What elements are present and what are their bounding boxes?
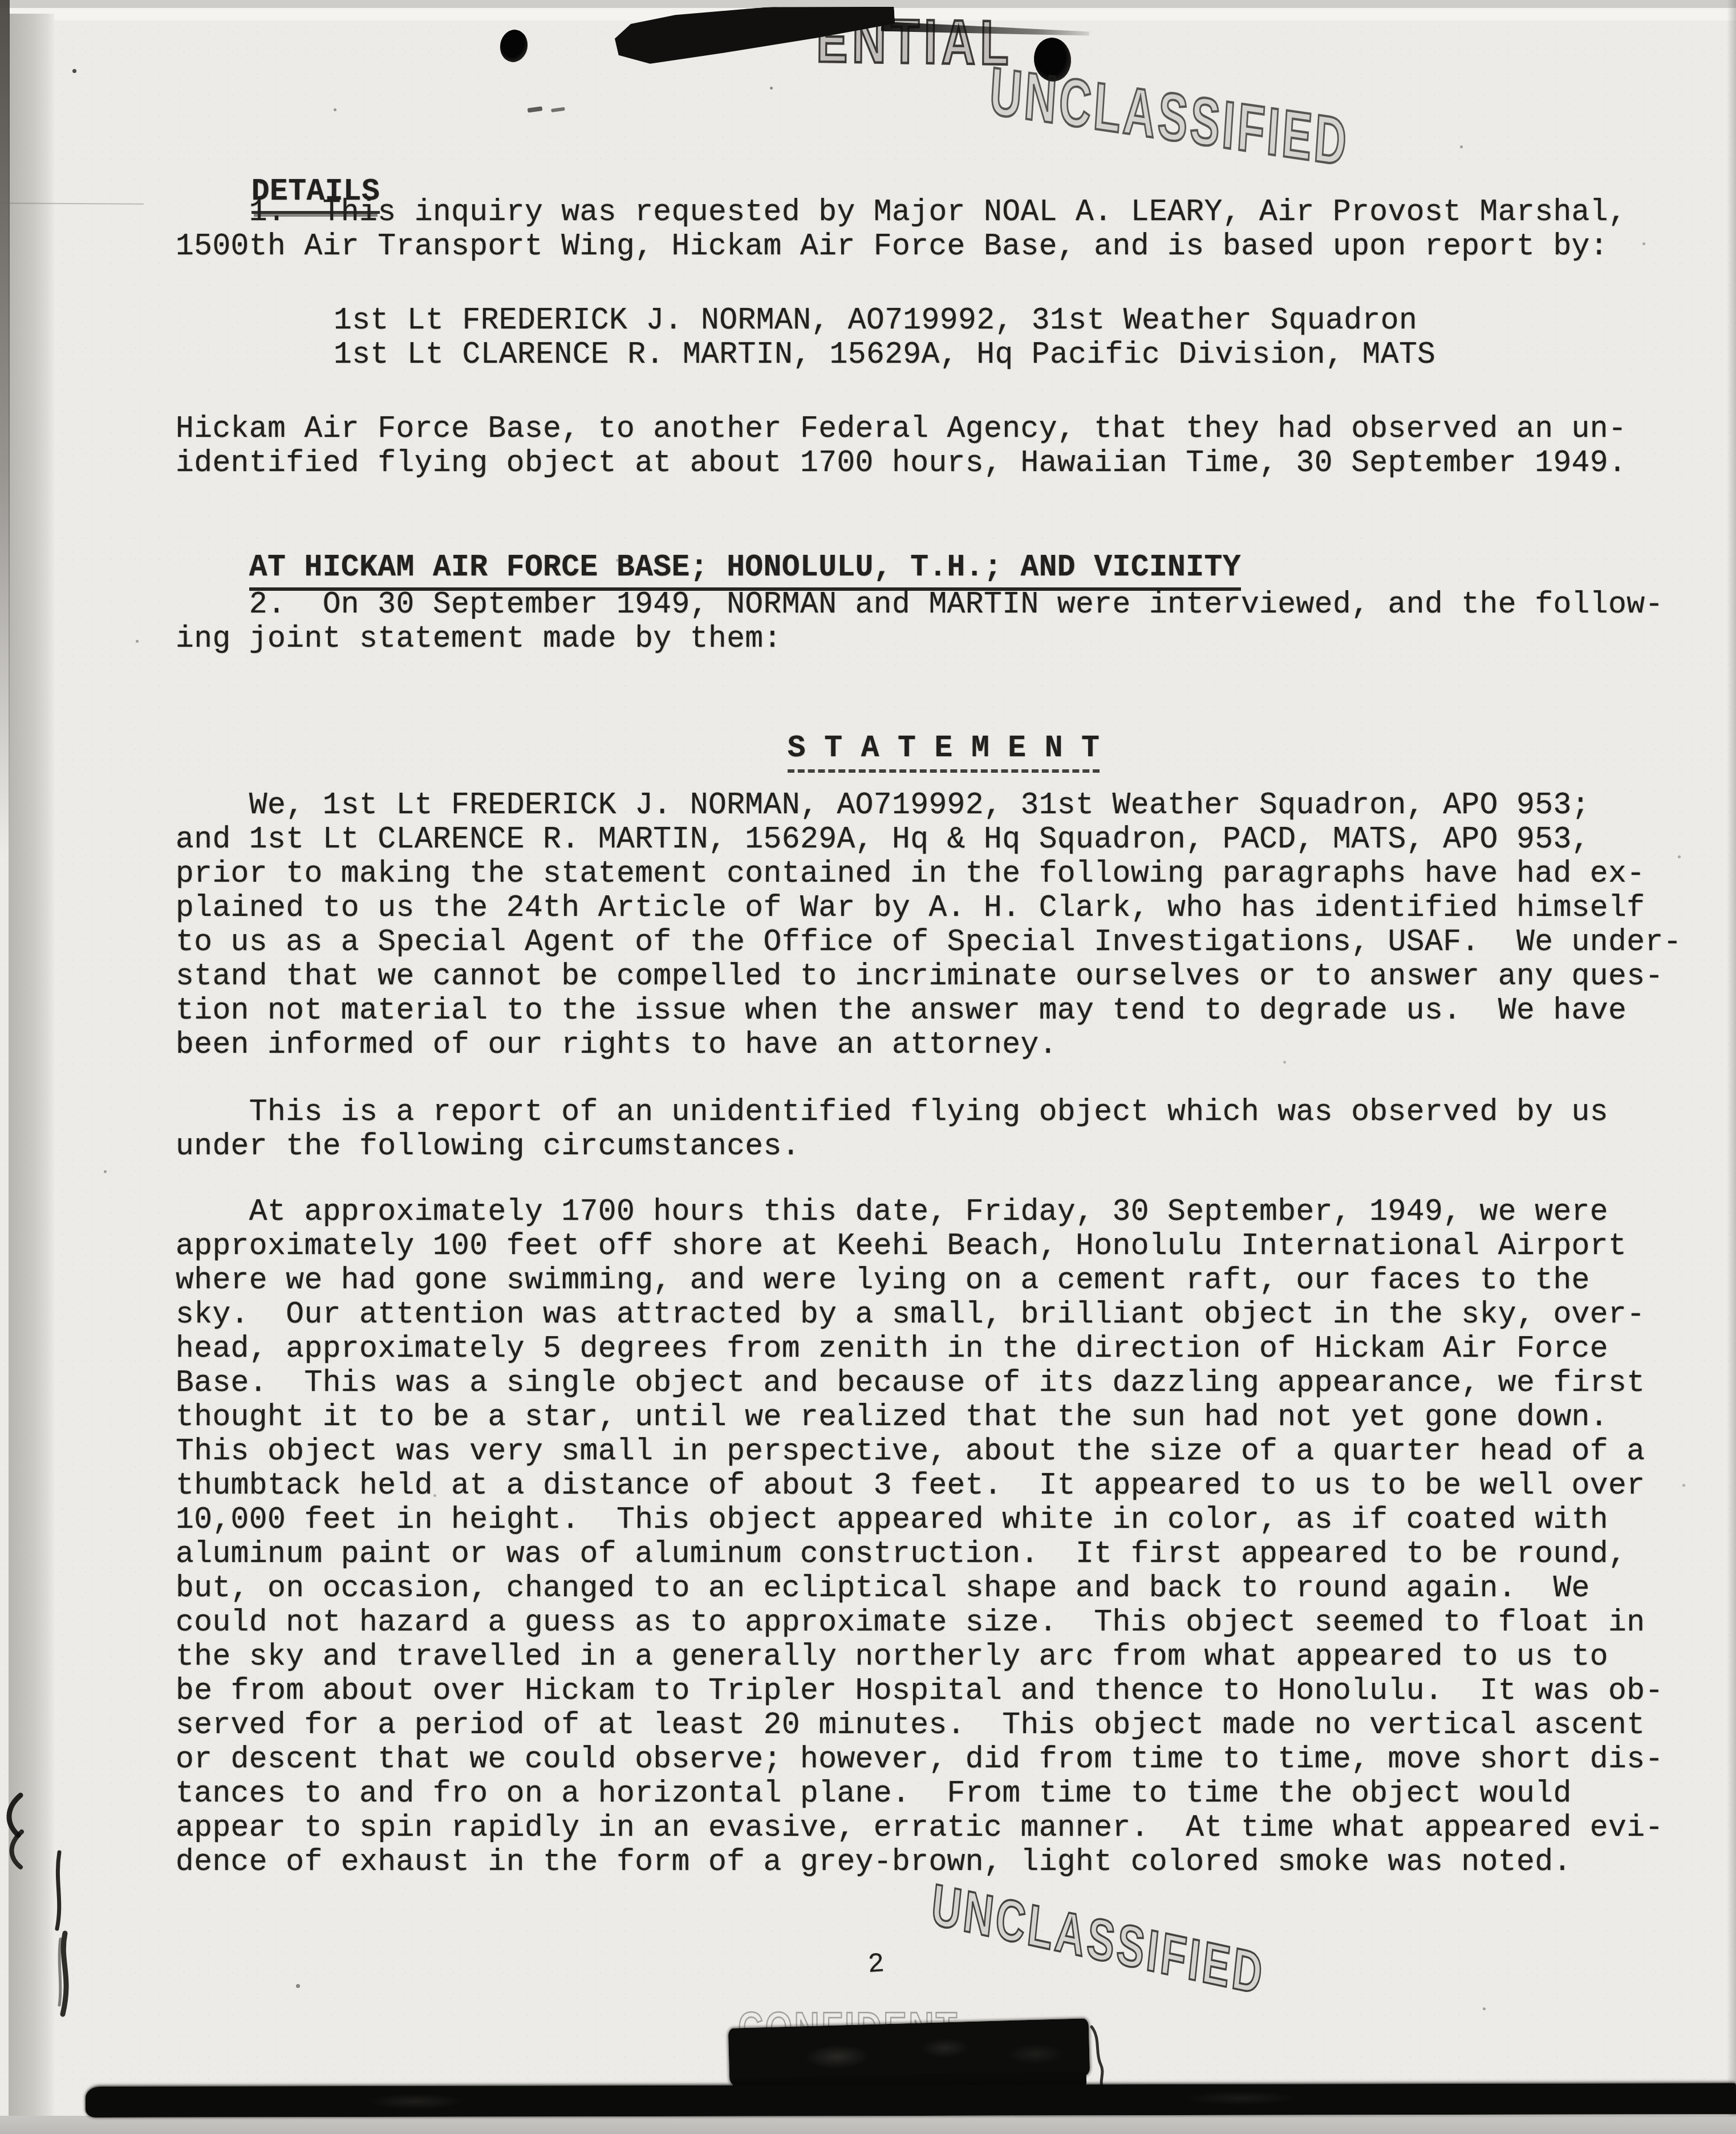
- paragraph-1-continued: Hickam Air Force Base, to another Federa…: [176, 412, 1687, 480]
- page-number: 2: [867, 1949, 886, 1981]
- left-edge-pen-arcs: [0, 1791, 26, 1873]
- witness-list: 1st Lt FREDERICK J. NORMAN, AO719992, 31…: [334, 303, 1588, 372]
- statement-paragraph-3: At approximately 1700 hours this date, F…: [176, 1195, 1693, 1879]
- stray-dash-marks: [528, 106, 543, 113]
- statement-paragraph-2: This is a report of an unidentified flyi…: [176, 1095, 1693, 1163]
- statement-heading-text: S T A T E M E N T: [788, 731, 1100, 773]
- statement-paragraph-1: We, 1st Lt FREDERICK J. NORMAN, AO719992…: [176, 788, 1693, 1062]
- margin-ink-squiggles: [46, 1848, 103, 2036]
- paragraph-2: 2. On 30 September 1949, NORMAN and MART…: [176, 587, 1687, 656]
- scan-left-dark-edge: [0, 0, 10, 855]
- redaction-edge-squiggle: [1084, 2025, 1112, 2090]
- scan-right-edge: [1727, 0, 1736, 2134]
- unclassified-stamp-bottom: UNCLASSIFIED: [928, 1872, 1268, 2009]
- bottom-black-band: [86, 2083, 1736, 2117]
- paragraph-1: 1. This inquiry was requested by Major N…: [176, 195, 1687, 263]
- ink-blot-left: [497, 27, 530, 64]
- unclassified-stamp-top: UNCLASSIFIED: [987, 52, 1351, 182]
- scan-bottom-edge: [0, 2116, 1736, 2134]
- section-heading-text: AT HICKAM AIR FORCE BASE; HONOLULU, T.H.…: [249, 550, 1241, 591]
- paper-speckles: [0, 0, 3, 3]
- scanned-document-page: ENTIAL UNCLASSIFIED DETAILS 1. This inqu…: [0, 0, 1736, 2134]
